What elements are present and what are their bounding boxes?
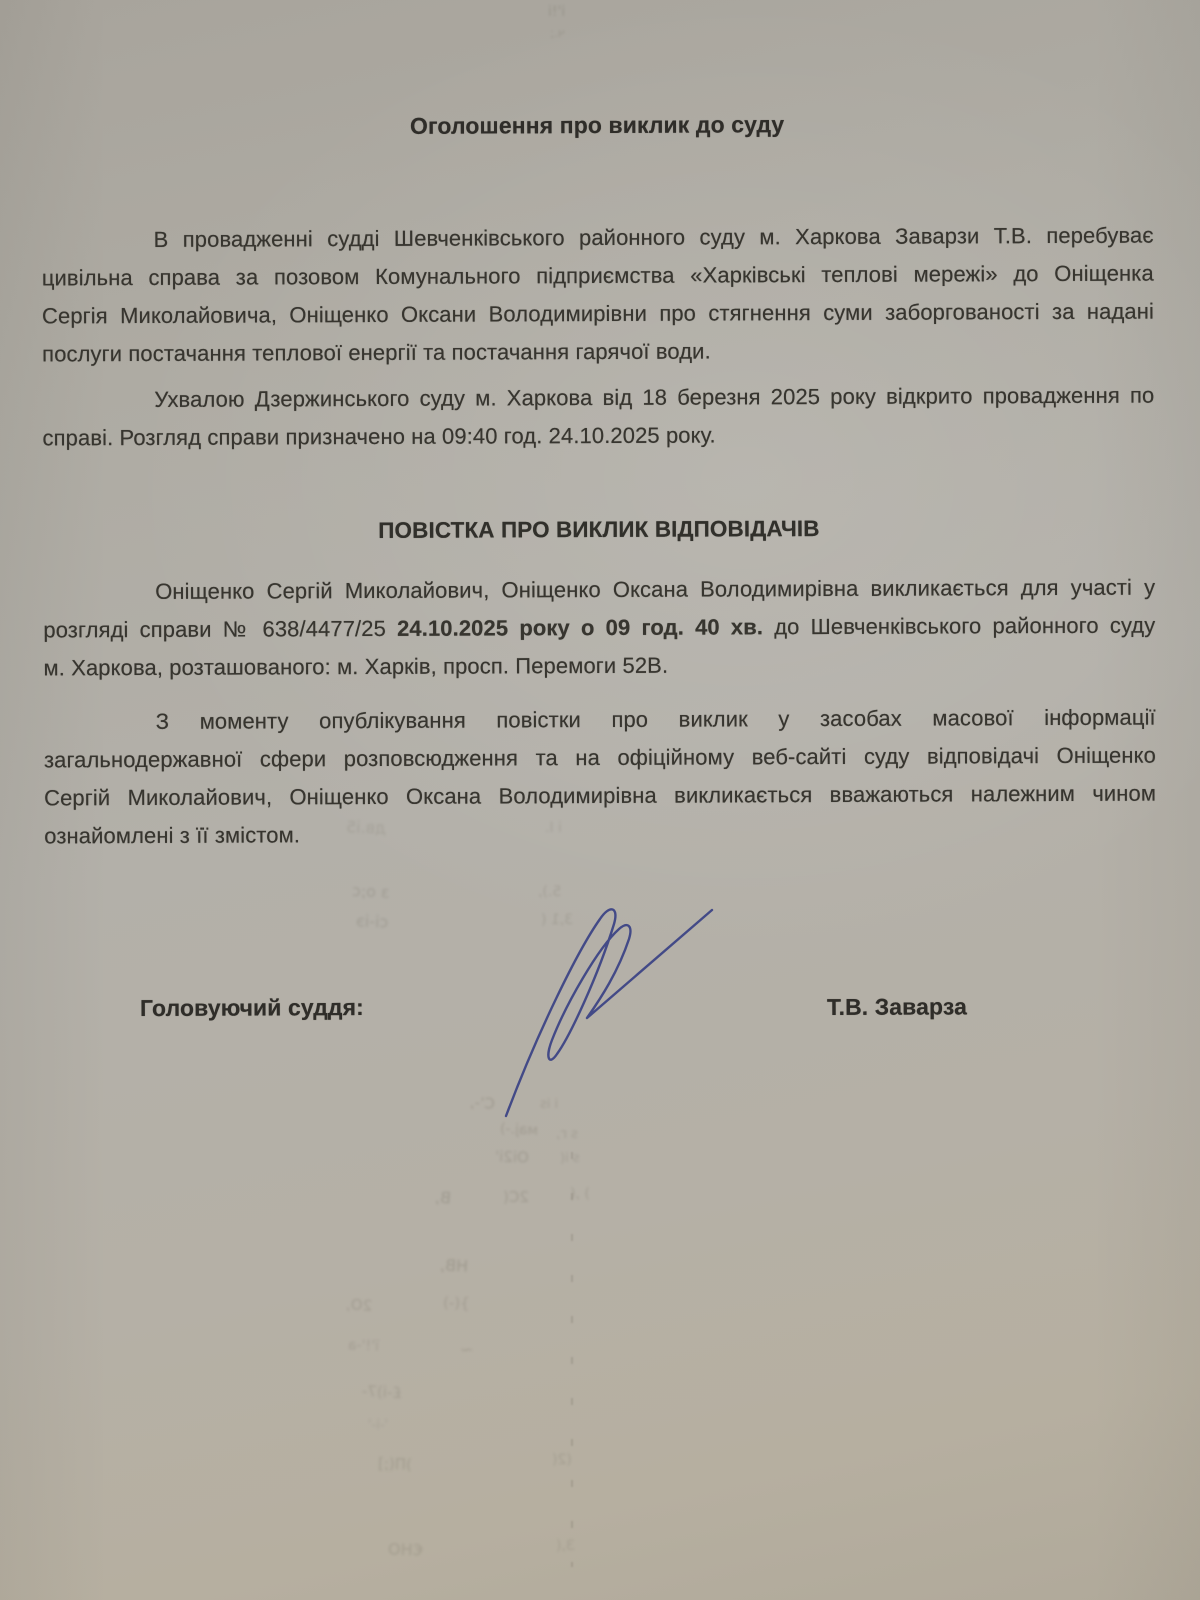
text-line: розгляді справи № 638/4477/25 24.10.2025… xyxy=(43,607,1155,650)
text-line: м. Харкова, розташованого: м. Харків, пр… xyxy=(43,645,1155,688)
text-line: Ухвалою Дзержинського суду м. Харкова ві… xyxy=(42,377,1154,420)
text-line: загальнодержавної сфери розповсюдження т… xyxy=(44,737,1156,780)
paragraph-notification: З моменту опублікування повістки про вик… xyxy=(44,699,1157,856)
paragraph-case-info: В провадженні судді Шевченківського райо… xyxy=(42,217,1155,374)
signature-stroke xyxy=(506,909,712,1116)
text-line: ознайомлені з її змістом. xyxy=(44,813,1156,856)
text-line: цивільна справа за позовом Комунального … xyxy=(42,255,1154,298)
document-title: Оголошення про виклик до суду xyxy=(41,110,1153,142)
case-number-text: розгляді справи № 638/4477/25 xyxy=(43,616,397,643)
text-line: Сергій Миколайович, Оніщенко Оксана Воло… xyxy=(44,775,1156,818)
court-name-text: до Шевченківського районного суду xyxy=(763,613,1155,640)
paragraph-summons: Оніщенко Сергій Миколайович, Оніщенко Ок… xyxy=(43,569,1155,688)
text-line: З моменту опублікування повістки про вик… xyxy=(44,699,1156,742)
presiding-judge-label: Головуючий суддя: xyxy=(140,994,364,1022)
photographed-court-document: і'!іч.;дв.і5і І.з о;ссі-іэ5.),3,1 (С'-,і… xyxy=(0,0,1200,1600)
document-subheading: ПОВІСТКА ПРО ВИКЛИК ВІДПОВІДАЧІВ xyxy=(43,515,1155,546)
document-content: Оголошення про виклик до суду В провадже… xyxy=(41,0,1160,1600)
hearing-datetime-bold: 24.10.2025 року о 09 год. 40 хв. xyxy=(397,614,763,641)
judge-signature xyxy=(440,868,760,1138)
text-line: Оніщенко Сергій Миколайович, Оніщенко Ок… xyxy=(43,569,1155,612)
text-line: Сергія Миколайовича, Оніщенко Оксани Вол… xyxy=(42,293,1154,336)
text-line: послуги постачання теплової енергії та п… xyxy=(42,331,1154,374)
text-line: справі. Розгляд справи призначено на 09:… xyxy=(42,415,1154,458)
judge-name: Т.В. Заварза xyxy=(827,993,967,1021)
paragraph-ruling-info: Ухвалою Дзержинського суду м. Харкова ві… xyxy=(42,377,1154,458)
text-line: В провадженні судді Шевченківського райо… xyxy=(42,217,1154,260)
